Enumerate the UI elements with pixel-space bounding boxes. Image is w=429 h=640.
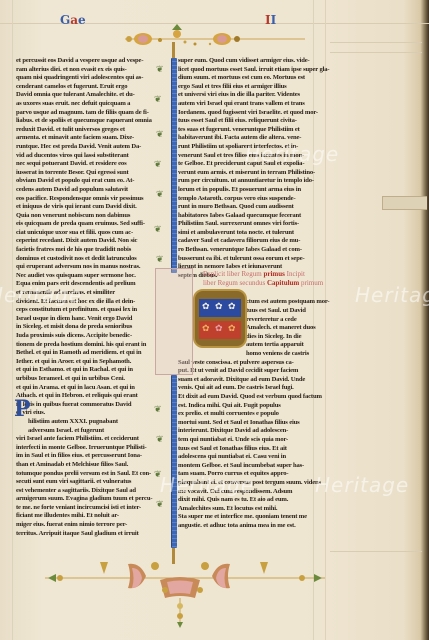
flower-icon: ✿	[215, 325, 223, 334]
watermark: Heritage	[0, 283, 82, 307]
watermark: Heritage	[160, 473, 254, 497]
column-divider-bar	[171, 375, 177, 548]
initial-letter-frame	[155, 268, 193, 375]
column-divider-bar	[171, 58, 177, 273]
running-head-left: Gae	[60, 13, 86, 27]
flower-icon: ✿	[228, 303, 236, 312]
paper-tab-slip	[382, 196, 427, 210]
watermark: Heritage	[355, 283, 429, 307]
watermark: Heritage	[315, 473, 409, 497]
flower-icon: ✿	[202, 325, 210, 334]
flower-icon: ✿	[228, 325, 236, 334]
manuscript-page: Gae II ❦ ❦ ❦ ❦ ❦ ❦ ❦ ❦ ❦ ❦ ❦ et pe	[0, 0, 429, 640]
top-floral-ornament-icon	[115, 22, 315, 52]
blue-flower-panel: ✿ ✿ ✿	[199, 299, 241, 317]
ruling-line	[330, 551, 422, 552]
bottom-floral-ornament-icon	[40, 550, 330, 630]
ruling-line	[12, 0, 13, 640]
decorated-initial-p: P	[14, 398, 31, 420]
illuminated-initial: ✿ ✿ ✿ ✿ ✿ ✿	[193, 289, 247, 348]
flower-icon: ✿	[215, 303, 223, 312]
watermark: Heritage	[245, 142, 339, 166]
red-flower-panel: ✿ ✿ ✿	[199, 321, 241, 339]
flower-icon: ✿	[202, 303, 210, 312]
ornament-stem	[172, 42, 175, 58]
rubric-heading: Explicit liber Regum primus Incipit libe…	[203, 270, 323, 288]
ruling-line	[330, 42, 422, 43]
ruling-line	[330, 52, 422, 53]
